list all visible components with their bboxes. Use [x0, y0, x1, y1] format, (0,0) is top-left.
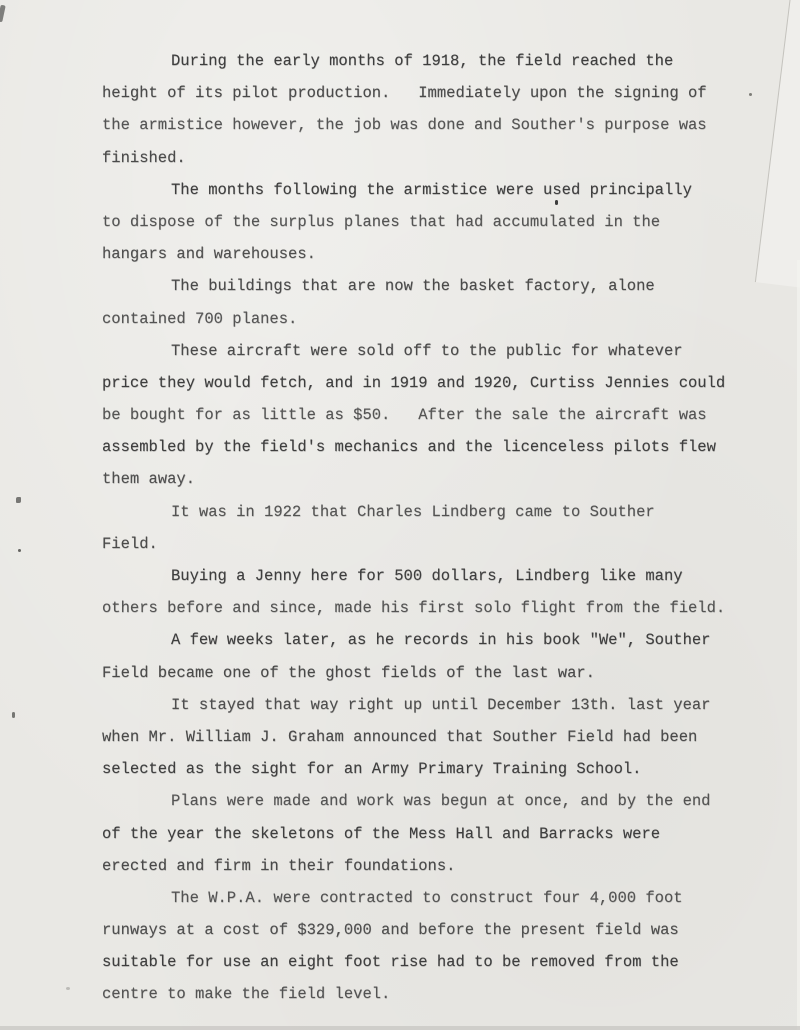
- stray-apostrophe-mark: [555, 200, 558, 205]
- document-page: During the early months of 1918, the fie…: [0, 0, 800, 1030]
- ink-speck: [12, 712, 15, 718]
- document-lines: During the early months of 1918, the fie…: [102, 45, 762, 1011]
- text-line: contained 700 planes.: [102, 303, 762, 335]
- text-line: to dispose of the surplus planes that ha…: [102, 206, 762, 238]
- text-line: height of its pilot production. Immediat…: [102, 77, 762, 109]
- text-line: Field became one of the ghost fields of …: [102, 657, 762, 689]
- text-line: A few weeks later, as he records in his …: [102, 624, 762, 656]
- text-line: The W.P.A. were contracted to construct …: [102, 882, 762, 914]
- text-line: erected and firm in their foundations.: [102, 850, 762, 882]
- text-line: selected as the sight for an Army Primar…: [102, 753, 762, 785]
- text-line: price they would fetch, and in 1919 and …: [102, 367, 762, 399]
- ink-speck: [18, 549, 21, 552]
- text-line: Plans were made and work was begun at on…: [102, 785, 762, 817]
- document-text: During the early months of 1918, the fie…: [102, 45, 762, 1011]
- text-line: It was in 1922 that Charles Lindberg cam…: [102, 496, 762, 528]
- text-line: suitable for use an eight foot rise had …: [102, 946, 762, 978]
- text-line: them away.: [102, 463, 762, 495]
- text-line: During the early months of 1918, the fie…: [102, 45, 762, 77]
- text-line: The buildings that are now the basket fa…: [102, 270, 762, 302]
- ink-speck: [749, 93, 752, 96]
- scanned-page: { "page": { "paper_color": "#e9e8e4", "i…: [0, 0, 800, 1030]
- faint-smudge: [66, 987, 70, 990]
- text-line: hangars and warehouses.: [102, 238, 762, 270]
- text-line: be bought for as little as $50. After th…: [102, 399, 762, 431]
- text-line: These aircraft were sold off to the publ…: [102, 335, 762, 367]
- ink-speck: [16, 497, 21, 503]
- text-line: when Mr. William J. Graham announced tha…: [102, 721, 762, 753]
- text-line: Field.: [102, 528, 762, 560]
- text-line: It stayed that way right up until Decemb…: [102, 689, 762, 721]
- scan-bottom-edge: [0, 1026, 800, 1030]
- text-line: centre to make the field level.: [102, 978, 762, 1010]
- text-line: finished.: [102, 142, 762, 174]
- text-line: assembled by the field's mechanics and t…: [102, 431, 762, 463]
- text-line: of the year the skeletons of the Mess Ha…: [102, 818, 762, 850]
- text-line: The months following the armistice were …: [102, 174, 762, 206]
- paper-tear-mark: [0, 5, 6, 23]
- text-line: others before and since, made his first …: [102, 592, 762, 624]
- text-line: Buying a Jenny here for 500 dollars, Lin…: [102, 560, 762, 592]
- text-line: runways at a cost of $329,000 and before…: [102, 914, 762, 946]
- text-line: the armistice however, the job was done …: [102, 109, 762, 141]
